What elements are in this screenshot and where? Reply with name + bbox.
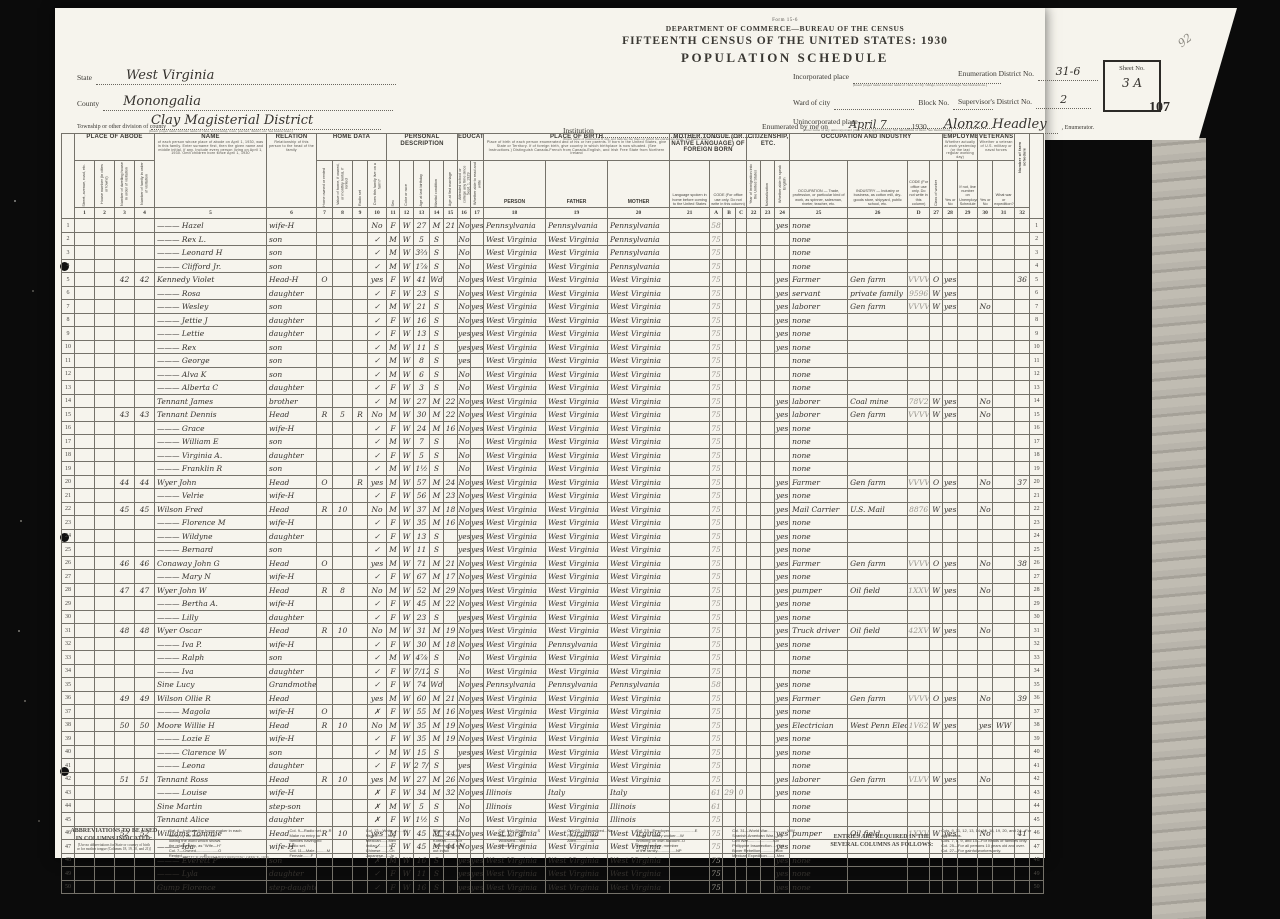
cell-relation: daughter	[267, 759, 317, 773]
cell-unemployment-line	[958, 394, 978, 408]
column-heading-number-of-dwelling-house-in-order-of-vis: Number of dwelling house in order of vis…	[115, 161, 135, 208]
township-value: Clay Magisterial District	[151, 113, 313, 128]
cell-mother-tongue	[670, 732, 710, 746]
cell-school: yes	[458, 529, 471, 543]
cell-naturalization	[761, 313, 775, 327]
cell-relation: wife-H	[267, 570, 317, 584]
cell-read-write: yes	[471, 691, 484, 705]
cell-sex: F	[387, 448, 400, 462]
cell-birthplace-mother: West Virginia	[608, 273, 670, 287]
cell-mother-tongue	[670, 610, 710, 624]
cell-read-write: yes	[471, 529, 484, 543]
column-heading-code-for-office-use-only-do-not-write-in: CODE (For office use only. Do not write …	[710, 161, 747, 208]
cell-color: W	[400, 799, 414, 813]
cell-veteran	[978, 880, 993, 894]
cell-birthplace-father: West Virginia	[546, 705, 608, 719]
cell-home-owned: R	[317, 718, 333, 732]
cell-family-number	[135, 799, 155, 813]
cell-relation: daughter	[267, 813, 317, 827]
cell-code-c	[736, 435, 747, 449]
cell-occupation: none	[790, 799, 848, 813]
cell-radio-set	[353, 246, 368, 260]
cell-birthplace-person: West Virginia	[484, 232, 546, 246]
cell-employed	[943, 435, 958, 449]
cell-age: 3	[414, 381, 430, 395]
cell-unemployment-line	[958, 678, 978, 692]
cell-home-owned: R	[317, 583, 333, 597]
cell-birthplace-person: West Virginia	[484, 300, 546, 314]
cell-farm: ✓	[368, 300, 387, 314]
cell-mother-tongue	[670, 772, 710, 786]
cell-worker-class: W	[930, 408, 943, 422]
cell-unemployment-line	[958, 813, 978, 827]
cell-industry	[848, 813, 908, 827]
cell-code-d	[908, 448, 930, 462]
cell-code-d: 78V2	[908, 394, 930, 408]
cell-name: ——— Florence M	[155, 516, 267, 530]
cell-age-first-married: 21	[444, 691, 458, 705]
cell-occupation: none	[790, 745, 848, 759]
cell-line-number: 39	[62, 732, 75, 746]
cell-naturalization	[761, 705, 775, 719]
cell-employed	[943, 759, 958, 773]
cell-family-number	[135, 381, 155, 395]
table-row: 18——— Virginia A.daughter✓FW5SNoWest Vir…	[62, 448, 1044, 462]
cell-home-owned	[317, 327, 333, 341]
footer-note-block: Col. 23—Naturalized...NaFirst papers...P…	[567, 828, 630, 843]
cell-war	[993, 678, 1015, 692]
cell-veteran	[978, 219, 993, 233]
cell-farm: ✓	[368, 489, 387, 503]
cell-birthplace-person: West Virginia	[484, 354, 546, 368]
cell-house-number	[95, 570, 115, 584]
cell-immigration-year	[747, 381, 761, 395]
cell-worker-class	[930, 610, 943, 624]
table-row: 10——— Rexson✓MW11SyesyesWest VirginiaWes…	[62, 340, 1044, 354]
cell-birthplace-mother: West Virginia	[608, 597, 670, 611]
cell-worker-class	[930, 516, 943, 530]
cell-code-c	[736, 313, 747, 327]
cell-sex: M	[387, 691, 400, 705]
cell-code-b	[723, 232, 736, 246]
cell-industry: Oil field	[848, 583, 908, 597]
cell-employed	[943, 813, 958, 827]
cell-read-write: yes	[471, 637, 484, 651]
cell-sex: M	[387, 408, 400, 422]
cell-marital: M	[430, 489, 444, 503]
column-heading-father: FATHER	[546, 161, 608, 208]
cell-farm: yes	[368, 772, 387, 786]
footer-note-block: Col. 14—Single..........SMarried.......M…	[499, 828, 562, 848]
cell-sex: M	[387, 651, 400, 665]
cell-home-value	[333, 462, 353, 476]
cell-code-d	[908, 259, 930, 273]
cell-line-number: 16	[62, 421, 75, 435]
cell-marital: M	[430, 421, 444, 435]
cell-dwelling-number: 44	[115, 475, 135, 489]
cell-employed: yes	[943, 273, 958, 287]
cell-war	[993, 340, 1015, 354]
cell-age-first-married	[444, 232, 458, 246]
cell-marital: S	[430, 327, 444, 341]
cell-color: W	[400, 448, 414, 462]
cell-immigration-year	[747, 475, 761, 489]
cell-house-number	[95, 462, 115, 476]
cell-house-number	[95, 705, 115, 719]
cell-immigration-year	[747, 421, 761, 435]
cell-farm-schedule	[1015, 219, 1030, 233]
cell-birthplace-person: West Virginia	[484, 759, 546, 773]
table-row: 23——— Florence Mwife-H✓FW35M16NoyesWest …	[62, 516, 1044, 530]
cell-veteran	[978, 340, 993, 354]
cell-industry: Gen farm	[848, 408, 908, 422]
footer-note-block: ABBREVIATIONS TO BE USEDIN COLUMNS INDIC…	[65, 828, 163, 852]
cell-color: W	[400, 367, 414, 381]
cell-radio-set	[353, 516, 368, 530]
cell-employed	[943, 462, 958, 476]
cell-relation: Head	[267, 408, 317, 422]
cell-marital: S	[430, 313, 444, 327]
cell-war	[993, 664, 1015, 678]
cell-veteran: No	[978, 502, 993, 516]
cell-industry: Oil field	[848, 624, 908, 638]
cell-naturalization	[761, 529, 775, 543]
cell-code-a: 75	[710, 543, 723, 557]
cell-mother-tongue	[670, 705, 710, 719]
cell-home-value	[333, 354, 353, 368]
cell-marital: Wd	[430, 273, 444, 287]
cell-birthplace-mother: Pennsylvania	[608, 246, 670, 260]
cell-age-first-married: 29	[444, 583, 458, 597]
cell-unemployment-line	[958, 421, 978, 435]
cell-immigration-year	[747, 327, 761, 341]
cell-occupation: laborer	[790, 408, 848, 422]
cell-age-first-married: 22	[444, 394, 458, 408]
cell-speaks-english: yes	[775, 583, 790, 597]
cell-employed	[943, 381, 958, 395]
cell-war	[993, 813, 1015, 827]
cell-code-a: 75	[710, 340, 723, 354]
column-heading-whether-able-to-speak-english: Whether able to speak English	[775, 161, 790, 208]
cell-mother-tongue	[670, 354, 710, 368]
cell-family-number	[135, 705, 155, 719]
cell-naturalization	[761, 367, 775, 381]
cell-occupation: none	[790, 664, 848, 678]
cell-occupation: none	[790, 367, 848, 381]
cell-worker-class	[930, 637, 943, 651]
cell-industry	[848, 664, 908, 678]
cell-immigration-year	[747, 651, 761, 665]
cell-school: No	[458, 718, 471, 732]
cell-read-write	[471, 246, 484, 260]
cell-employed	[943, 745, 958, 759]
column-heading-naturalization: Naturalization	[761, 161, 775, 208]
cell-code-c	[736, 327, 747, 341]
cell-farm-schedule	[1015, 772, 1030, 786]
cell-naturalization	[761, 759, 775, 773]
cell-family-number	[135, 246, 155, 260]
cell-color: W	[400, 435, 414, 449]
cell-street	[75, 354, 95, 368]
enumerator-name: Alonzo Headley	[944, 117, 1047, 132]
cell-house-number	[95, 516, 115, 530]
cell-home-owned	[317, 381, 333, 395]
cell-immigration-year	[747, 772, 761, 786]
cell-marital: S	[430, 381, 444, 395]
cell-home-owned	[317, 570, 333, 584]
cell-code-a: 75	[710, 367, 723, 381]
cell-read-write: yes	[471, 219, 484, 233]
cell-school: No	[458, 556, 471, 570]
cell-farm: yes	[368, 475, 387, 489]
cell-house-number	[95, 354, 115, 368]
cell-veteran	[978, 813, 993, 827]
cell-mother-tongue	[670, 489, 710, 503]
cell-read-write	[471, 435, 484, 449]
cell-unemployment-line	[958, 381, 978, 395]
column-group-place-of-birth: PLACE OF BIRTHPlace of birth of each per…	[484, 134, 670, 161]
cell-home-owned	[317, 259, 333, 273]
cell-war	[993, 421, 1015, 435]
cell-home-owned: O	[317, 705, 333, 719]
cell-relation: son	[267, 340, 317, 354]
cell-age: 13	[414, 327, 430, 341]
cell-birthplace-person: West Virginia	[484, 448, 546, 462]
cell-unemployment-line	[958, 300, 978, 314]
cell-immigration-year	[747, 354, 761, 368]
column-number-16: 16	[458, 208, 471, 219]
cell-house-number	[95, 732, 115, 746]
cell-farm-schedule: 36	[1015, 273, 1030, 287]
cell-worker-class	[930, 597, 943, 611]
enumeration-date: April 7	[849, 118, 887, 131]
footer-note-block: Col. 31—World War..................WWSpa…	[732, 828, 822, 858]
cell-unemployment-line	[958, 408, 978, 422]
cell-house-number	[95, 543, 115, 557]
cell-line-number-right: 34	[1030, 664, 1044, 678]
cell-radio-set	[353, 732, 368, 746]
cell-house-number	[95, 475, 115, 489]
cell-age: 11	[414, 543, 430, 557]
cell-street	[75, 759, 95, 773]
cell-line-number-right: 25	[1030, 543, 1044, 557]
cell-birthplace-mother: West Virginia	[608, 529, 670, 543]
cell-family-number: 48	[135, 624, 155, 638]
cell-speaks-english: yes	[775, 705, 790, 719]
cell-unemployment-line	[958, 489, 978, 503]
cell-radio-set	[353, 354, 368, 368]
cell-age: 8	[414, 354, 430, 368]
cell-speaks-english	[775, 367, 790, 381]
cell-relation: daughter	[267, 664, 317, 678]
cell-farm: No	[368, 718, 387, 732]
cell-house-number	[95, 381, 115, 395]
cell-war	[993, 300, 1015, 314]
cell-house-number	[95, 273, 115, 287]
cell-unemployment-line	[958, 543, 978, 557]
column-number-5: 5	[155, 208, 267, 219]
cell-industry	[848, 651, 908, 665]
cell-marital: M	[430, 691, 444, 705]
cell-name: ——— Wesley	[155, 300, 267, 314]
cell-worker-class	[930, 786, 943, 800]
cell-line-number: 29	[62, 597, 75, 611]
cell-speaks-english: yes	[775, 273, 790, 287]
cell-home-owned	[317, 529, 333, 543]
cell-birthplace-father: West Virginia	[546, 691, 608, 705]
cell-naturalization	[761, 786, 775, 800]
cell-school: No	[458, 394, 471, 408]
cell-sex: M	[387, 232, 400, 246]
column-number-24: 24	[775, 208, 790, 219]
cell-code-d	[908, 219, 930, 233]
cell-speaks-english: yes	[775, 610, 790, 624]
cell-sex: M	[387, 718, 400, 732]
cell-dwelling-number	[115, 664, 135, 678]
cell-age-first-married	[444, 462, 458, 476]
cell-war	[993, 394, 1015, 408]
cell-home-value	[333, 381, 353, 395]
cell-unemployment-line	[958, 462, 978, 476]
cell-dwelling-number	[115, 516, 135, 530]
cell-dwelling-number: 48	[115, 624, 135, 638]
cell-street	[75, 637, 95, 651]
cell-radio-set	[353, 435, 368, 449]
cell-war	[993, 691, 1015, 705]
column-number-A: A	[710, 208, 723, 219]
cell-school: No	[458, 516, 471, 530]
column-number-7: 7	[317, 208, 333, 219]
cell-birthplace-person: West Virginia	[484, 664, 546, 678]
cell-street	[75, 583, 95, 597]
cell-farm: No	[368, 583, 387, 597]
cell-family-number	[135, 651, 155, 665]
cell-name: ——— Wildyne	[155, 529, 267, 543]
cell-color: W	[400, 246, 414, 260]
cell-birthplace-person: Illinois	[484, 799, 546, 813]
cell-occupation: none	[790, 570, 848, 584]
cell-employed	[943, 880, 958, 894]
cell-birthplace-mother: West Virginia	[608, 880, 670, 894]
cell-war	[993, 219, 1015, 233]
cell-color: W	[400, 408, 414, 422]
cell-dwelling-number: 42	[115, 273, 135, 287]
cell-house-number	[95, 259, 115, 273]
cell-relation: son	[267, 543, 317, 557]
cell-employed	[943, 705, 958, 719]
cell-read-write: yes	[471, 678, 484, 692]
cell-line-number: 44	[62, 799, 75, 813]
cell-immigration-year	[747, 313, 761, 327]
cell-home-value	[333, 543, 353, 557]
cell-age: 52	[414, 583, 430, 597]
cell-color: W	[400, 718, 414, 732]
cell-veteran	[978, 232, 993, 246]
cell-sex: F	[387, 516, 400, 530]
column-group-employment: EMPLOYMENTWhether actually at work yeste…	[943, 134, 978, 161]
cell-line-number-right: 6	[1030, 286, 1044, 300]
cell-farm: ✓	[368, 435, 387, 449]
cell-farm: ✓	[368, 394, 387, 408]
cell-code-b	[723, 664, 736, 678]
cell-name: ——— Hazel	[155, 219, 267, 233]
cell-birthplace-father: West Virginia	[546, 435, 608, 449]
cell-family-number	[135, 300, 155, 314]
cell-street	[75, 475, 95, 489]
cell-sex: F	[387, 381, 400, 395]
cell-birthplace-person: West Virginia	[484, 745, 546, 759]
cell-speaks-english	[775, 232, 790, 246]
cell-mother-tongue	[670, 637, 710, 651]
column-heading-whether-able-to-read-and-write: Whether able to read and write	[471, 161, 484, 208]
column-heading-number-of-family-in-order-of-visitation: Number of family in order of visitation	[135, 161, 155, 208]
cell-farm-schedule	[1015, 516, 1030, 530]
cell-naturalization	[761, 502, 775, 516]
cell-immigration-year	[747, 219, 761, 233]
cell-line-number: 28	[62, 583, 75, 597]
cell-dwelling-number	[115, 759, 135, 773]
cell-birthplace-person: West Virginia	[484, 394, 546, 408]
cell-home-value	[333, 610, 353, 624]
cell-code-d	[908, 421, 930, 435]
cell-employed	[943, 516, 958, 530]
table-row: 425151Tennant RossHeadR10yesMW27M26Noyes…	[62, 772, 1044, 786]
cell-speaks-english: yes	[775, 516, 790, 530]
column-number-6: 6	[267, 208, 317, 219]
cell-mother-tongue	[670, 786, 710, 800]
ward-label: Ward of city	[793, 98, 830, 107]
cell-farm: ✓	[368, 678, 387, 692]
cell-code-d	[908, 610, 930, 624]
cell-read-write: yes	[471, 421, 484, 435]
cell-radio-set	[353, 543, 368, 557]
table-row: 385050Moore Willie HHeadR10NoMW35M19Noye…	[62, 718, 1044, 732]
cell-birthplace-person: West Virginia	[484, 543, 546, 557]
column-group-occupation-and-industry: OCCUPATION AND INDUSTRY	[790, 134, 943, 161]
cell-immigration-year	[747, 732, 761, 746]
table-row: 37——— Magolawife-HO✗FW55M16NoyesWest Vir…	[62, 705, 1044, 719]
cell-read-write: yes	[471, 583, 484, 597]
cell-code-d: VVVV	[908, 408, 930, 422]
cell-veteran	[978, 273, 993, 287]
cell-occupation: none	[790, 354, 848, 368]
cell-unemployment-line	[958, 637, 978, 651]
cell-code-a: 75	[710, 570, 723, 584]
table-row: 8——— Jettie Jdaughter✓FW16SNoyesWest Vir…	[62, 313, 1044, 327]
cell-read-write: yes	[471, 502, 484, 516]
cell-sex: M	[387, 394, 400, 408]
cell-home-owned	[317, 367, 333, 381]
cell-line-number-right: 13	[1030, 381, 1044, 395]
cell-speaks-english: yes	[775, 219, 790, 233]
cell-radio-set	[353, 421, 368, 435]
cell-sex: M	[387, 799, 400, 813]
cell-veteran	[978, 489, 993, 503]
cell-radio-set	[353, 637, 368, 651]
cell-farm: ✓	[368, 651, 387, 665]
cell-sex: M	[387, 772, 400, 786]
cell-house-number	[95, 651, 115, 665]
cell-farm-schedule	[1015, 489, 1030, 503]
cell-code-b	[723, 543, 736, 557]
cell-birthplace-person: Pennsylvania	[484, 219, 546, 233]
cell-age: 5	[414, 232, 430, 246]
cell-name: ——— Clarence W	[155, 745, 267, 759]
cell-birthplace-mother: West Virginia	[608, 637, 670, 651]
cell-code-c	[736, 678, 747, 692]
cell-worker-class	[930, 529, 943, 543]
cell-house-number	[95, 772, 115, 786]
